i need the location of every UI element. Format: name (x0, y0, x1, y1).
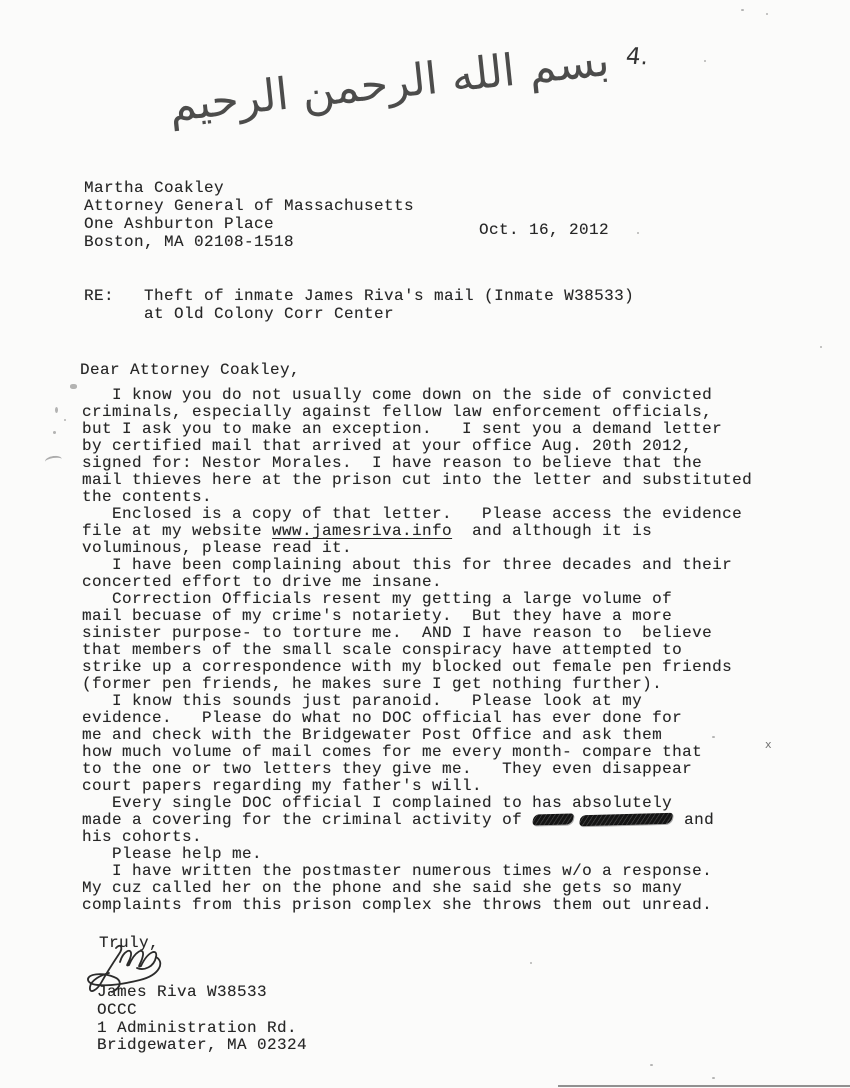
text-line: evidence. Please do what no DOC official… (82, 710, 752, 727)
scan-speck (530, 962, 532, 964)
scan-speck (766, 13, 768, 15)
scan-x-mark: x (765, 738, 772, 751)
recipient-address-block: Martha CoakleyAttorney General of Massac… (84, 179, 414, 251)
text-line: the contents. (82, 489, 752, 506)
text-line: My cuz called her on the phone and she s… (82, 880, 752, 897)
text-line: how much volume of mail comes for me eve… (82, 744, 752, 761)
scan-speck (70, 384, 77, 389)
text-line: RE: Theft of inmate James Riva's mail (I… (84, 287, 634, 305)
text-line: I have written the postmaster numerous t… (82, 863, 752, 880)
scan-speck (55, 407, 58, 413)
text-line: signed for: Nestor Morales. I have reaso… (82, 455, 752, 472)
text-line: Boston, MA 02108-1518 (84, 233, 414, 251)
text-line: complaints from this prison complex she … (82, 897, 752, 914)
text-line: Correction Officials resent my getting a… (82, 591, 752, 608)
scan-squiggle (44, 455, 62, 467)
text-line: Bridgewater, MA 02324 (97, 1037, 307, 1055)
letter-body: I know you do not usually come down on t… (82, 387, 752, 914)
text-line: Martha Coakley (84, 179, 414, 197)
text-line: Please help me. (82, 846, 752, 863)
salutation: Dear Attorney Coakley, (80, 361, 300, 379)
scanner-edge-line (558, 1085, 850, 1087)
text-line: made a covering for the criminal activit… (82, 812, 752, 829)
text-line: court papers regarding my father's will. (82, 778, 752, 795)
scan-speck (820, 346, 822, 348)
scan-speck (64, 419, 66, 421)
text-line: sinister purpose- to torture me. AND I h… (82, 625, 752, 642)
scan-speck (637, 232, 639, 234)
scanned-letter-page: بسم الله الرحمن الرحيم 4. Martha Coakley… (0, 0, 850, 1088)
handwritten-page-number: 4. (624, 44, 650, 71)
text-line: Attorney General of Massachusetts (84, 197, 414, 215)
text-line: Enclosed is a copy of that letter. Pleas… (82, 506, 752, 523)
text-line: 1 Administration Rd. (97, 1020, 307, 1038)
text-line: strike up a correspondence with my block… (82, 659, 752, 676)
text-line: his cohorts. (82, 829, 752, 846)
text-line: at Old Colony Corr Center (84, 305, 634, 323)
text-line: voluminous, please read it. (82, 540, 752, 557)
text-line: concerted effort to drive me insane. (82, 574, 752, 591)
letter-date: Oct. 16, 2012 (479, 221, 609, 239)
text-line: by certified mail that arrived at your o… (82, 438, 752, 455)
scan-speck (712, 736, 715, 738)
redacted-name-scribble (532, 811, 674, 829)
text-line: Every single DOC official I complained t… (82, 795, 752, 812)
text-line: me and check with the Bridgewater Post O… (82, 727, 752, 744)
text-line: mail becuase of my crime's notariety. Bu… (82, 608, 752, 625)
text-line: mail thieves here at the prison cut into… (82, 472, 752, 489)
subject-re-block: RE: Theft of inmate James Riva's mail (I… (84, 287, 634, 323)
text-line: (former pen friends, he makes sure I get… (82, 676, 752, 693)
scan-speck (53, 431, 56, 434)
scan-speck (650, 1064, 653, 1066)
text-line: file at my website www.jamesriva.info an… (82, 523, 752, 540)
scan-speck (704, 60, 706, 62)
text-line: I know you do not usually come down on t… (82, 387, 752, 404)
website-url: www.jamesriva.info (272, 522, 452, 540)
scan-speck (712, 1077, 715, 1079)
text-line: to the one or two letters they give me. … (82, 761, 752, 778)
text-line: One Ashburton Place (84, 215, 414, 233)
text-line: but I ask you to make an exception. I se… (82, 421, 752, 438)
text-line: that members of the small scale conspira… (82, 642, 752, 659)
handwritten-signature (82, 942, 194, 1006)
text-line: I know this sounds just paranoid. Please… (82, 693, 752, 710)
text-line: criminals, especially against fellow law… (82, 404, 752, 421)
scan-speck (741, 9, 744, 11)
arabic-calligraphy-bismillah: بسم الله الرحمن الرحيم (167, 35, 612, 132)
text-line: I have been complaining about this for t… (82, 557, 752, 574)
